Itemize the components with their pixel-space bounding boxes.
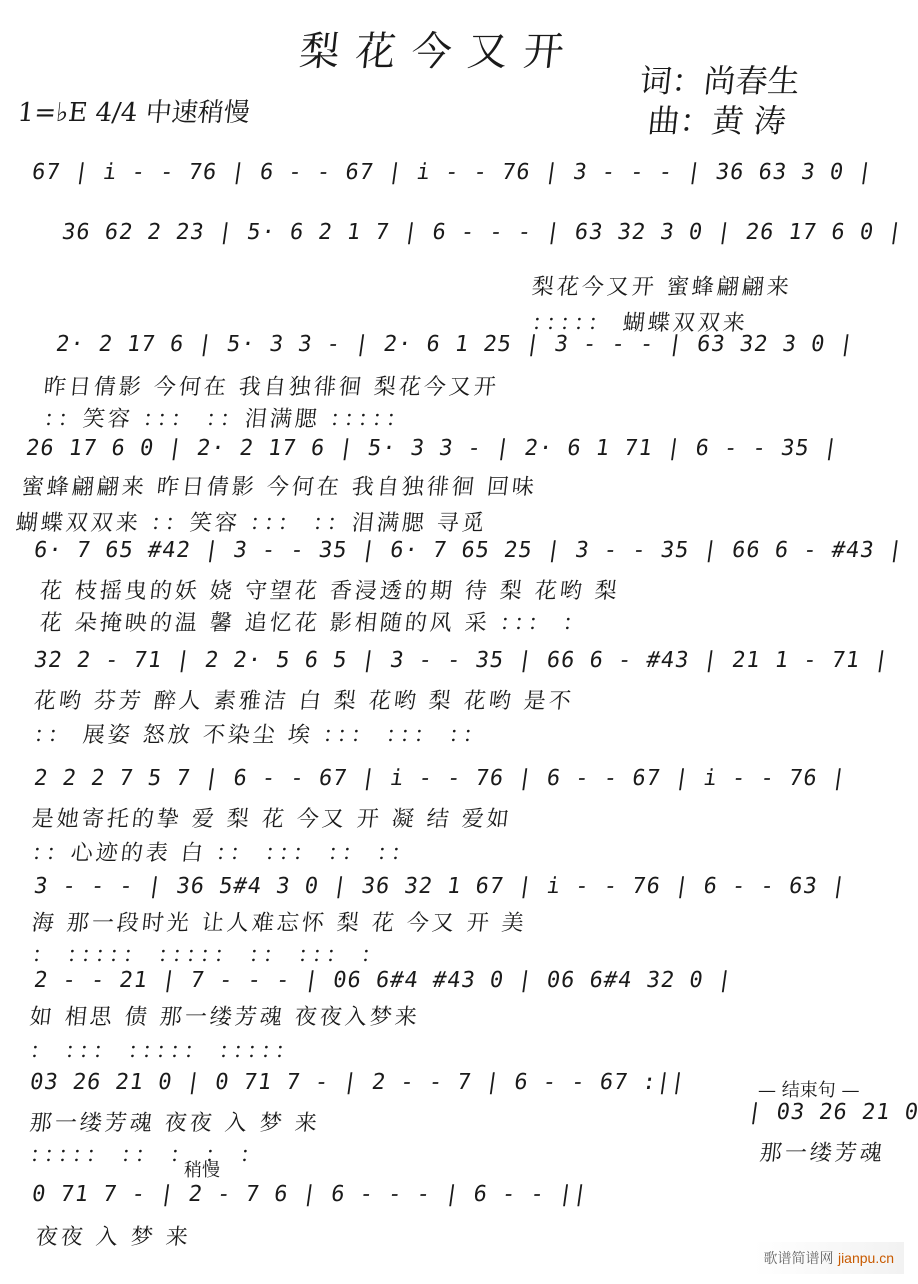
lyrics-line-3-verse-2: ：：笑容 ：：： ：：泪满腮 ：：：：： xyxy=(42,402,412,433)
notation-line-10: 03 26 21 0 | 0 71 7 - | 2 - - 7 | 6 - - … xyxy=(28,1070,687,1095)
lyrics-line-8-verse-2: ： ：：：：： ：：：：： ：： ：：： ： xyxy=(30,938,387,969)
notation-line-8: 3 - - - | 36 5#4 3 0 | 36 32 1 67 | i - … xyxy=(32,874,847,899)
lyrics-line-3-verse-1: 昨日倩影 今何在 我自独徘徊 梨花今又开 xyxy=(42,370,500,401)
notation-line-5: 6· 7 65 #42 | 3 - - 35 | 6· 7 65 25 | 3 … xyxy=(32,538,904,563)
notation-line-4: 26 17 6 0 | 2· 2 17 6 | 5· 3 3 - | 2· 6 … xyxy=(24,436,839,461)
ending-phrase-lyrics: 那一缕芳魂 xyxy=(758,1136,886,1167)
lyrics-line-6-verse-2: ：： 展姿 怒放 不染尘 埃 ：：： ：：： ：： xyxy=(32,718,489,749)
notation-line-7: 2 2 2 7 5 7 | 6 - - 67 | i - - 76 | 6 - … xyxy=(32,766,847,791)
lyrics-line-11-verse-1: 夜夜 入 梦 来 xyxy=(34,1220,192,1251)
lyrics-line-4-verse-2: 蝴蝶双双来 ：：笑容 ：：： ：：泪满腮 寻觅 xyxy=(14,506,488,537)
lyrics-line-10-verse-1: 那一缕芳魂 夜夜 入 梦 来 xyxy=(28,1106,321,1137)
notation-line-2: 36 62 2 23 | 5· 6 2 1 7 | 6 - - - | 63 3… xyxy=(60,220,904,245)
ending-phrase-label: — 结束句 — xyxy=(758,1076,859,1102)
song-title: 梨花今又开 xyxy=(297,20,583,77)
tempo-mark-slower: 稍慢 xyxy=(184,1156,220,1182)
lyrics-line-5-verse-2: 花 朵掩映的温 馨 追忆花 影相随的风 采 ：：： ： xyxy=(38,606,589,637)
lyrics-line-7-verse-1: 是她寄托的挚 爱 梨 花 今又 开 凝 结 爱如 xyxy=(30,802,513,833)
composer-credit: 曲：黄 涛 xyxy=(646,96,789,142)
lyrics-line-4-verse-1: 蜜蜂翩翩来 昨日倩影 今何在 我自独徘徊 回味 xyxy=(20,470,538,501)
lyrics-line-10-verse-2: ：：：：： ：： ： ： ： xyxy=(28,1138,266,1169)
watermark-url: jianpu.cn xyxy=(838,1250,894,1266)
notation-line-1: 67 | i - - 76 | 6 - - 67 | i - - 76 | 3 … xyxy=(30,160,874,185)
key-tempo-marking: 1=♭E 4/4 中速稍慢 xyxy=(16,92,252,129)
notation-line-11: 0 71 7 - | 2 - 7 6 | 6 - - - | 6 - - || xyxy=(30,1182,589,1207)
lyrics-line-9-verse-2: ： ：：： ：：：：： ：：：：： xyxy=(28,1034,301,1065)
notation-line-3: 2· 2 17 6 | 5· 3 3 - | 2· 6 1 25 | 3 - -… xyxy=(54,332,855,357)
lyrics-line-5-verse-1: 花 枝摇曳的妖 娆 守望花 香浸透的期 待 梨 花哟 梨 xyxy=(38,574,621,605)
lyrics-line-6-verse-1: 花哟 芬芳 醉人 素雅洁 白 梨 花哟 梨 花哟 是不 xyxy=(32,684,575,715)
lyrics-line-9-verse-1: 如 相思 债 那一缕芳魂 夜夜入梦来 xyxy=(28,1000,421,1031)
notation-line-6: 32 2 - 71 | 2 2· 5 6 5 | 3 - - 35 | 66 6… xyxy=(32,648,890,673)
lyrics-line-7-verse-2: ：：心迹的表 白 ：： ：：： ：： ：： xyxy=(30,836,417,867)
notation-line-9: 2 - - 21 | 7 - - - | 06 6#4 #43 0 | 06 6… xyxy=(32,968,734,993)
lyrics-line-8-verse-1: 海 那一段时光 让人难忘怀 梨 花 今又 开 美 xyxy=(30,906,528,937)
ending-phrase-notation: | 03 26 21 0 | xyxy=(746,1100,918,1125)
site-watermark: 歌谱简谱网 jianpu.cn xyxy=(754,1242,905,1274)
watermark-text: 歌谱简谱网 xyxy=(764,1251,834,1267)
lyrics-line-2-verse-1: 梨花今又开 蜜蜂翩翩来 xyxy=(530,270,793,301)
